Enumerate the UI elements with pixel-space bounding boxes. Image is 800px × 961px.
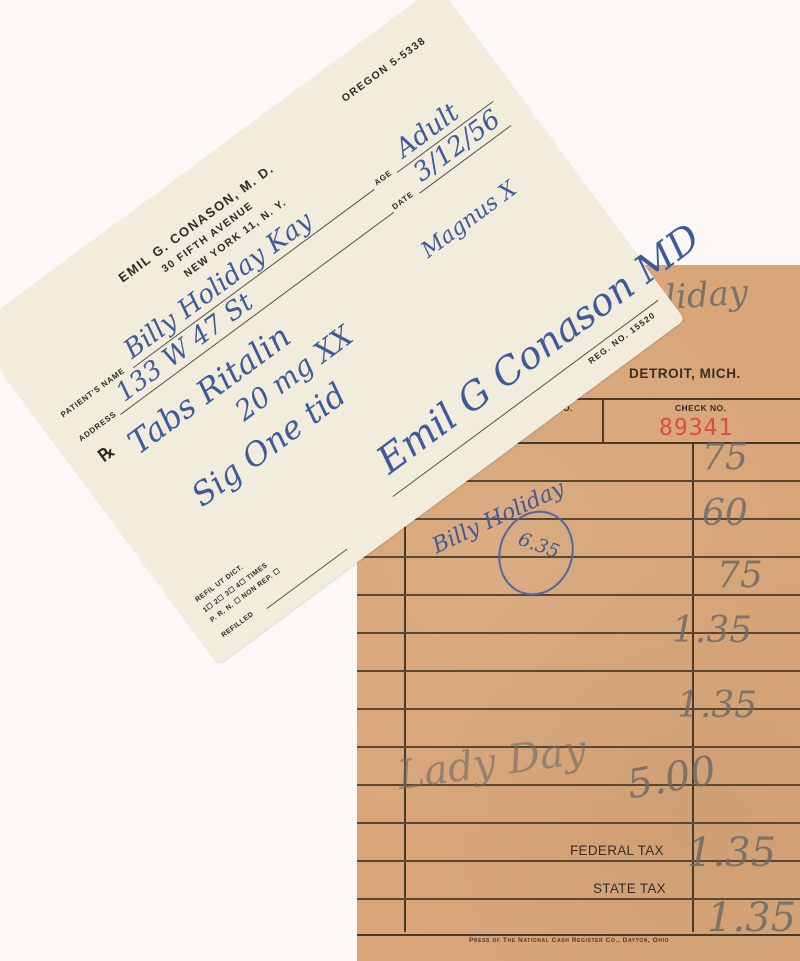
age-label: AGE <box>373 168 394 187</box>
check-no-label: CHECK NO. <box>675 403 726 413</box>
date-label: DATE <box>390 190 415 212</box>
amount-7: 1.35 <box>687 830 776 876</box>
rx-symbol-icon: ℞ <box>95 441 119 466</box>
amount-5: 1.35 <box>677 685 757 726</box>
federal-tax-label: FEDERAL TAX <box>570 843 664 858</box>
refilled-rule <box>266 549 347 609</box>
press-line: Press of The National Cash Register Co.,… <box>469 937 669 944</box>
doctor-phone: OREGON 5-5338 <box>339 35 428 105</box>
rx-note: Magnus X <box>417 177 522 264</box>
row-rule <box>357 822 800 824</box>
refilled-label: REFILLED <box>220 611 255 639</box>
amount-2: 60 <box>702 493 748 534</box>
amount-6: 5.00 <box>624 748 720 809</box>
state-tax-label: STATE TAX <box>593 881 666 896</box>
amount-8: 1.35 <box>707 895 796 941</box>
header-divider <box>602 398 604 443</box>
address-label: ADDRESS <box>77 410 118 444</box>
amount-3: 75 <box>717 555 763 596</box>
circled-amount: 6.35 <box>515 528 562 563</box>
amount-4: 1.35 <box>672 610 752 651</box>
receipt-city: DETROIT, MICH. <box>629 366 741 381</box>
handwritten-lady-day: Lady Day <box>395 727 589 799</box>
row-rule <box>357 670 800 672</box>
amount-1: 75 <box>702 437 748 478</box>
